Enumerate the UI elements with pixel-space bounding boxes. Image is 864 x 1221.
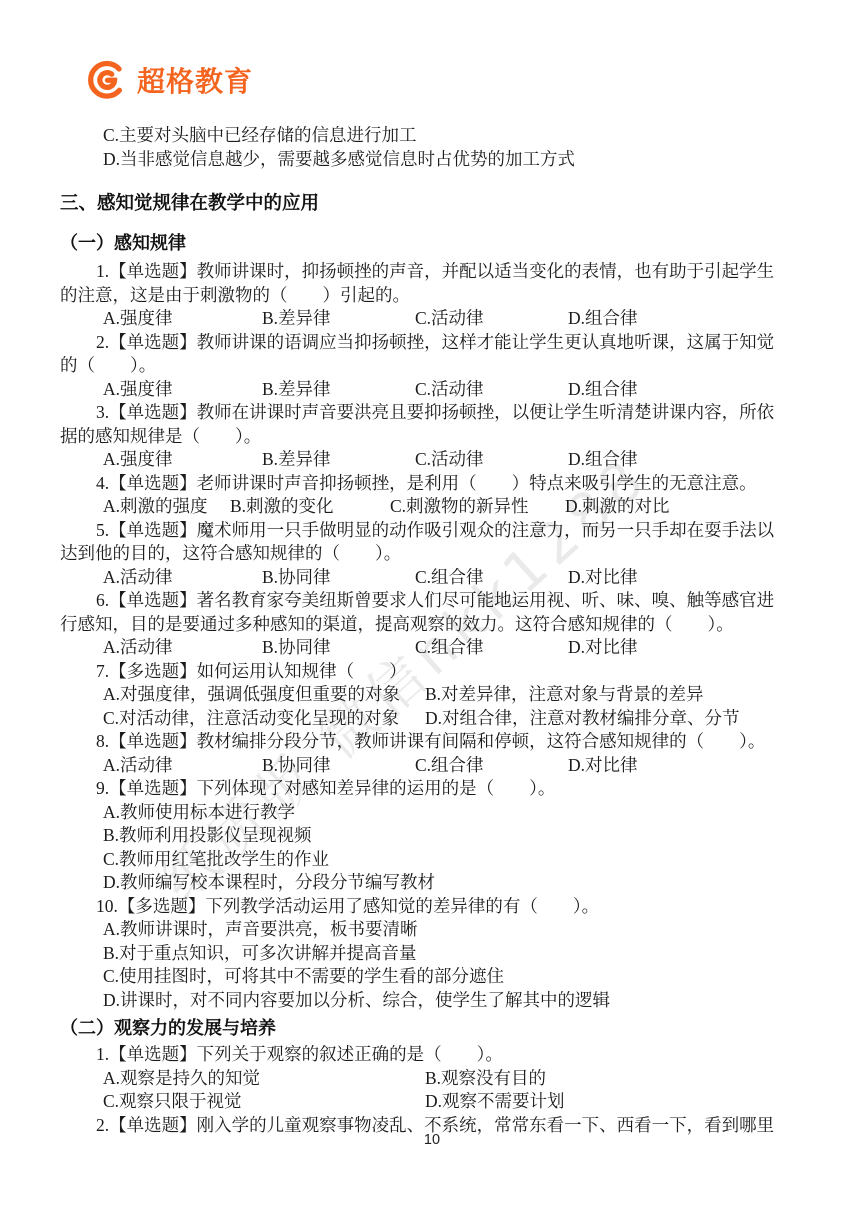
question-line: 2.【单选题】教师讲课的语调应当抑扬顿挫，这样才能让学生更认真地听课，这属于知觉	[60, 331, 804, 355]
option-line: C.教师用红笔批改学生的作业	[60, 848, 804, 872]
question-line: 1.【单选题】下列关于观察的叙述正确的是（ ）。	[60, 1043, 804, 1067]
question-line: 10.【多选题】下列教学活动运用了感知觉的差异律的有（ ）。	[60, 895, 804, 919]
option-item: A.对强度律，强调低强度但重要的对象	[103, 683, 425, 707]
continuation-line: 的（ ）。	[60, 354, 804, 378]
option-item: D.对组合律，注意对教材编排分章、分节	[425, 707, 740, 731]
options-row: A.强度律B.差异律C.活动律D.组合律	[60, 448, 804, 472]
chaoge-g-icon	[86, 59, 128, 101]
continuation-line: 据的感知规律是（ ）。	[60, 425, 804, 449]
option-item: D.观察不需要计划	[425, 1090, 565, 1114]
question-line: 4.【单选题】老师讲课时声音抑扬顿挫，是利用（ ）特点来吸引学生的无意注意。	[60, 472, 804, 496]
document-page: 超格教育 纸质版 微信nkk1288 C.主要对头脑中已经存储的信息进行加工D.…	[0, 0, 864, 1221]
option-line: B.对于重点知识，可多次讲解并提高音量	[60, 942, 804, 966]
brand-name: 超格教育	[137, 60, 253, 100]
option-item: C.活动律	[415, 378, 568, 402]
option-line: C.主要对头脑中已经存储的信息进行加工	[60, 124, 804, 148]
options-row: A.活动律B.协同律C.组合律D.对比律	[60, 636, 804, 660]
options-row: A.活动律B.协同律C.组合律D.对比律	[60, 566, 804, 590]
option-item: C.活动律	[415, 307, 568, 331]
option-item: A.强度律	[103, 307, 262, 331]
option-item: D.组合律	[568, 448, 638, 472]
option-item: D.组合律	[568, 307, 638, 331]
option-item: D.对比律	[568, 566, 638, 590]
option-line: B.教师利用投影仪呈现视频	[60, 824, 804, 848]
options-row: A.观察是持久的知觉B.观察没有目的	[60, 1067, 804, 1091]
options-row: A.强度律B.差异律C.活动律D.组合律	[60, 307, 804, 331]
option-line: C.使用挂图时，可将其中不需要的学生看的部分遮住	[60, 965, 804, 989]
question-line: 5.【单选题】魔术师用一只手做明显的动作吸引观众的注意力，而另一只手却在耍手法以	[60, 519, 804, 543]
page-number: 10	[0, 1132, 864, 1148]
continuation-line: 达到他的目的，这符合感知规律的（ ）。	[60, 542, 804, 566]
option-item: B.差异律	[262, 378, 415, 402]
option-item: B.差异律	[262, 448, 415, 472]
option-item: D.刺激的对比	[565, 495, 670, 519]
question-line: 9.【单选题】下列体现了对感知差异律的运用的是（ ）。	[60, 777, 804, 801]
option-line: D.讲课时，对不同内容要加以分析、综合，使学生了解其中的逻辑	[60, 989, 804, 1013]
option-line: D.教师编写校本课程时，分段分节编写教材	[60, 871, 804, 895]
option-item: A.观察是持久的知觉	[103, 1067, 425, 1091]
options-row: C.对活动律，注意活动变化呈现的对象D.对组合律，注意对教材编排分章、分节	[60, 707, 804, 731]
option-line: A.教师讲课时，声音要洪亮，板书要清晰	[60, 918, 804, 942]
document-body: C.主要对头脑中已经存储的信息进行加工D.当非感觉信息越少，需要越多感觉信息时占…	[60, 124, 804, 1137]
option-item: C.组合律	[415, 754, 568, 778]
option-item: C.观察只限于视觉	[103, 1090, 425, 1114]
option-item: D.对比律	[568, 636, 638, 660]
question-line: 6.【单选题】著名教育家夸美纽斯曾要求人们尽可能地运用视、听、味、嗅、触等感官进	[60, 589, 804, 613]
option-item: A.强度律	[103, 448, 262, 472]
option-line: A.教师使用标本进行教学	[60, 801, 804, 825]
brand-logo: 超格教育	[86, 59, 253, 101]
option-item: A.活动律	[103, 566, 262, 590]
option-item: B.观察没有目的	[425, 1067, 546, 1091]
option-item: D.对比律	[568, 754, 638, 778]
question-line: 1.【单选题】教师讲课时，抑扬顿挫的声音，并配以适当变化的表情，也有助于引起学生	[60, 260, 804, 284]
option-item: B.协同律	[262, 636, 415, 660]
option-item: A.刺激的强度	[103, 495, 230, 519]
section-heading: 三、感知觉规律在教学中的应用	[60, 190, 804, 215]
option-item: B.对差异律，注意对象与背景的差异	[425, 683, 704, 707]
option-item: B.刺激的变化	[230, 495, 390, 519]
option-item: B.差异律	[262, 307, 415, 331]
option-item: A.强度律	[103, 378, 262, 402]
continuation-line: 行感知，目的是要通过多种感知的渠道，提高观察的效力。这符合感知规律的（ ）。	[60, 613, 804, 637]
option-item: C.组合律	[415, 636, 568, 660]
question-line: 8.【单选题】教材编排分段分节，教师讲课有间隔和停顿，这符合感知规律的（ ）。	[60, 730, 804, 754]
option-item: A.活动律	[103, 754, 262, 778]
option-item: B.协同律	[262, 754, 415, 778]
options-row: A.强度律B.差异律C.活动律D.组合律	[60, 378, 804, 402]
continuation-line: 的注意，这是由于刺激物的（ ）引起的。	[60, 284, 804, 308]
question-line: 7.【多选题】如何运用认知规律（ ）	[60, 660, 804, 684]
question-line: 3.【单选题】教师在讲课时声音要洪亮且要抑扬顿挫，以便让学生听清楚讲课内容，所依	[60, 401, 804, 425]
option-item: B.协同律	[262, 566, 415, 590]
option-item: C.刺激物的新异性	[390, 495, 565, 519]
subsection-heading: （一）感知规律	[60, 231, 804, 256]
options-row: A.对强度律，强调低强度但重要的对象B.对差异律，注意对象与背景的差异	[60, 683, 804, 707]
option-item: C.对活动律，注意活动变化呈现的对象	[103, 707, 425, 731]
option-item: D.组合律	[568, 378, 638, 402]
options-row: A.刺激的强度B.刺激的变化C.刺激物的新异性D.刺激的对比	[60, 495, 804, 519]
option-item: A.活动律	[103, 636, 262, 660]
options-row: A.活动律B.协同律C.组合律D.对比律	[60, 754, 804, 778]
option-item: C.组合律	[415, 566, 568, 590]
subsection-heading: （二）观察力的发展与培养	[60, 1016, 804, 1041]
options-row: C.观察只限于视觉D.观察不需要计划	[60, 1090, 804, 1114]
option-line: D.当非感觉信息越少，需要越多感觉信息时占优势的加工方式	[60, 148, 804, 172]
option-item: C.活动律	[415, 448, 568, 472]
